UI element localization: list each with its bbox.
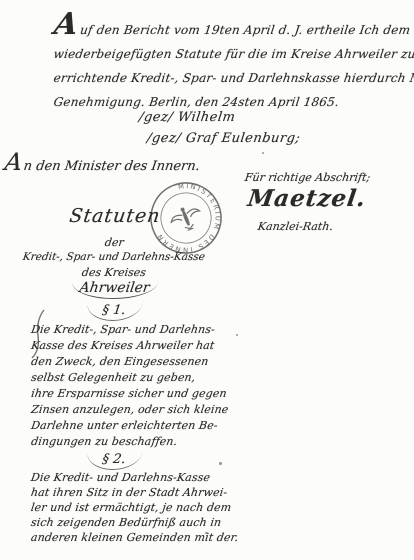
certified-copy-note: Für richtige Abschrift; bbox=[244, 171, 371, 184]
decree-block: Auf den Bericht vom 19ten April d. J. er… bbox=[52, 13, 404, 114]
decree-line: wiederbeigefügten Statute für die im Kre… bbox=[52, 42, 407, 66]
ink-speck bbox=[219, 462, 222, 465]
manuscript-line: Zinsen anzulegen, oder sich kleine bbox=[30, 402, 214, 418]
scanned-document-page: Auf den Bericht vom 19ten April d. J. er… bbox=[0, 0, 414, 560]
manuscript-line: Kasse des Kreises Ahrweiler hat bbox=[30, 338, 214, 354]
manuscript-line: Die Kredit-, Spar- und Darlehns- bbox=[30, 322, 214, 338]
statute-institution-name: Kredit-, Spar- und Darlehns-Kasse bbox=[18, 251, 208, 263]
statute-place-name: Ahrweiler bbox=[18, 280, 208, 299]
manuscript-line: sich zeigenden Bedürfniß auch in bbox=[30, 515, 214, 530]
manuscript-line: anderen kleinen Gemeinden mit der. bbox=[30, 530, 214, 545]
section-1-paragraph: Die Kredit-, Spar- und Darlehns- Kasse d… bbox=[30, 322, 212, 450]
section-2-paragraph: Die Kredit- und Darlehns-Kasse hat ihren… bbox=[30, 470, 212, 545]
manuscript-line: hat ihren Sitz in der Stadt Ahrwei- bbox=[30, 485, 214, 500]
decree-line: Auf den Bericht vom 19ten April d. J. er… bbox=[52, 13, 408, 42]
ink-speck bbox=[205, 532, 208, 534]
manuscript-line: dingungen zu beschaffen. bbox=[30, 434, 214, 450]
manuscript-line: Darlehne unter erleichterten Be- bbox=[30, 418, 214, 434]
manuscript-line: ler und ist ermächtigt, je nach dem bbox=[30, 500, 214, 515]
ink-speck bbox=[262, 152, 264, 154]
manuscript-line: Die Kredit- und Darlehns-Kasse bbox=[30, 470, 214, 485]
signature-maetzel: Maetzel. bbox=[246, 185, 368, 212]
manuscript-line: den Zweck, den Eingesessenen bbox=[30, 354, 214, 370]
decree-line: errichtende Kredit-, Spar- und Darlehnsk… bbox=[52, 66, 407, 90]
clerk-title: Kanzlei-Rath. bbox=[257, 220, 334, 233]
ink-speck bbox=[236, 334, 238, 336]
statute-district-line: des Kreises bbox=[18, 266, 208, 279]
manuscript-line: ihre Ersparnisse sicher und gegen bbox=[30, 386, 214, 402]
signature-eulenburg: /gez/ Graf Eulenburg; bbox=[146, 131, 301, 146]
section-2-heading: § 2. bbox=[18, 452, 208, 470]
signature-wilhelm: /gez/ Wilhelm bbox=[138, 110, 236, 125]
addressee-line: An den Minister des Innern. bbox=[3, 148, 202, 176]
manuscript-line: selbst Gelegenheit zu geben, bbox=[30, 370, 214, 386]
statute-title: Statuten bbox=[18, 205, 208, 227]
statute-subtitle: der bbox=[18, 236, 208, 249]
